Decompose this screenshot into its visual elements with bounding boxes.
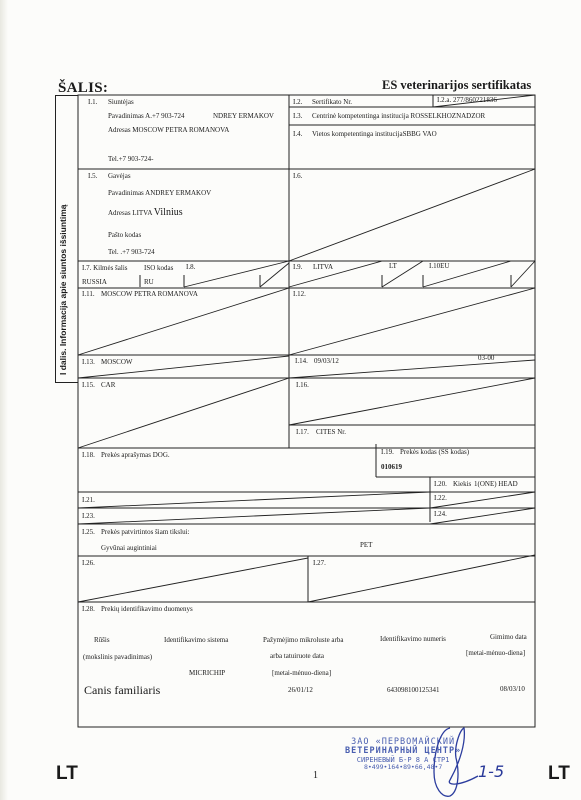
certificate-page: ŠALIS: ES veterinarijos sertifikatas xyxy=(0,0,581,800)
field-number: I.18. xyxy=(82,452,95,459)
destination-country: LITVA xyxy=(313,264,333,271)
field-number: I.3. xyxy=(293,113,302,120)
commodity-description: Prekės aprašymas DOG. xyxy=(101,452,170,459)
field-number: I.22. xyxy=(434,495,447,502)
destination-iso-code: LT xyxy=(389,263,397,270)
identification-heading: Prekių identifikavimo duomenys xyxy=(101,606,193,613)
local-authority: Vietos kompetentinga institucijaSBBG VAO xyxy=(312,131,437,138)
species-value: Canis familiaris xyxy=(84,684,160,696)
field-number: I.12. xyxy=(293,291,306,298)
field-number: I.6. xyxy=(293,173,302,180)
purpose-label: Prekės patvirtintos šiam tikslui: xyxy=(101,529,189,536)
part-one-side-label: I dalis. Informacija apie siuntos išsiun… xyxy=(58,204,68,375)
signature-icon xyxy=(420,722,480,800)
field-number: I.5. xyxy=(88,173,97,180)
field-number: I.27. xyxy=(313,560,326,567)
id-system-value: MICRICHIP xyxy=(189,670,225,677)
country-of-origin-label: I.7. Kilmės šalis xyxy=(82,265,128,272)
field-number: I.24. xyxy=(434,511,447,518)
field-number: I.1. xyxy=(88,99,97,106)
field-number: I.9. xyxy=(293,264,302,271)
purpose-value: Gyvūnai augintiniai xyxy=(101,545,157,552)
commodity-code-label: Prekės kodas (SS kodas) xyxy=(400,449,469,456)
form-grid xyxy=(0,0,581,800)
col-marking-date-sublabel: arba tatuiruote data xyxy=(270,653,324,660)
consignee-address-prefix: Adresas LITVA xyxy=(108,209,152,217)
col-species-label: Rūšis xyxy=(94,637,110,644)
certificate-reference: I.2.a. 277/860221836 xyxy=(437,97,497,104)
field-number: I.4. xyxy=(293,131,302,138)
field-number: I.19. xyxy=(381,449,394,456)
col-birth-date-label: Gimimo data xyxy=(490,634,527,641)
quantity-label: Kiekis xyxy=(453,481,471,488)
purpose-value-en: PET xyxy=(360,542,372,549)
col-marking-date-format: [metai-mėnuo-diena] xyxy=(272,670,331,677)
consignor-phone: Tel.+7 903-724- xyxy=(108,156,153,163)
field-number: I.11. xyxy=(82,291,95,298)
consignee-postal-label: Pašto kodas xyxy=(108,232,141,239)
place-of-origin: MOSCOW PETRA ROMANOVA xyxy=(101,291,198,298)
field-number: I.15. xyxy=(82,382,95,389)
central-authority: Centrinė kompetentinga institucija ROSSE… xyxy=(312,113,485,120)
field-number: I.17. xyxy=(296,429,309,436)
departure-time: 03-00 xyxy=(478,355,494,362)
consignor-name-extra: NDREY ERMAKOV xyxy=(213,113,274,120)
consignee-phone: Tel. .+7 903-724 xyxy=(108,249,155,256)
birth-date-value: 08/03/10 xyxy=(500,686,525,693)
cites-number-label: CITES Nr. xyxy=(316,429,346,436)
col-birth-date-format: [metai-mėnuo-diena] xyxy=(466,650,525,657)
field-number: I.13. xyxy=(82,359,95,366)
field-number: I.20. xyxy=(434,481,447,488)
consignor-address: Adresas MOSCOW PETRA ROMANOVA xyxy=(108,127,229,134)
consignee-name: Pavadinimas ANDREY ERMAKOV xyxy=(108,190,211,197)
country-of-origin: RUSSIA xyxy=(82,279,107,286)
marking-date-value: 26/01/12 xyxy=(288,687,313,694)
consignee-label: Gavėjas xyxy=(108,173,131,180)
page-number: 1 xyxy=(313,770,318,781)
col-species-sublabel: (mokslinis pavadinimas) xyxy=(83,654,152,661)
id-number-value: 643098100125341 xyxy=(387,687,440,694)
field-number: I.25. xyxy=(82,529,95,536)
consignor-name: Pavadinimas A.+7 903-724 xyxy=(108,113,184,120)
consignor-label: Siuntėjas xyxy=(108,99,134,106)
field-number: I.26. xyxy=(82,560,95,567)
field-number: I.10EU xyxy=(429,263,449,270)
field-number: I.16. xyxy=(296,382,309,389)
footer-country-code-left: LT xyxy=(56,763,78,785)
col-marking-date-label: Pažymėjimo mikroluste arba xyxy=(263,637,343,644)
field-number: I.23. xyxy=(82,513,95,520)
departure-date: 09/03/12 xyxy=(314,358,339,365)
commodity-code: 010619 xyxy=(381,464,402,471)
place-of-loading: MOSCOW xyxy=(101,359,133,366)
origin-iso-code: RU xyxy=(144,279,154,286)
handwritten-page-range: 1-5 xyxy=(478,762,504,781)
means-of-transport: CAR xyxy=(101,382,115,389)
quantity-value: 1(ONE) HEAD xyxy=(474,481,518,488)
field-number: I.2. xyxy=(293,99,302,106)
consignee-address: Adresas LITVA Vilnius xyxy=(108,208,183,218)
col-id-system-label: Identifikavimo sistema xyxy=(164,637,228,644)
col-id-number-label: Identifikavimo numeris xyxy=(380,636,446,643)
footer-country-code-right: LT xyxy=(548,763,570,785)
iso-code-label: ISO kodas xyxy=(144,265,173,272)
field-number: I.8. xyxy=(186,264,195,271)
field-number: I.21. xyxy=(82,497,95,504)
field-number: I.28. xyxy=(82,606,95,613)
certificate-number-label: Sertifikato Nr. xyxy=(312,99,352,106)
consignee-city: Vilnius xyxy=(154,207,183,218)
field-number: I.14. xyxy=(295,358,308,365)
